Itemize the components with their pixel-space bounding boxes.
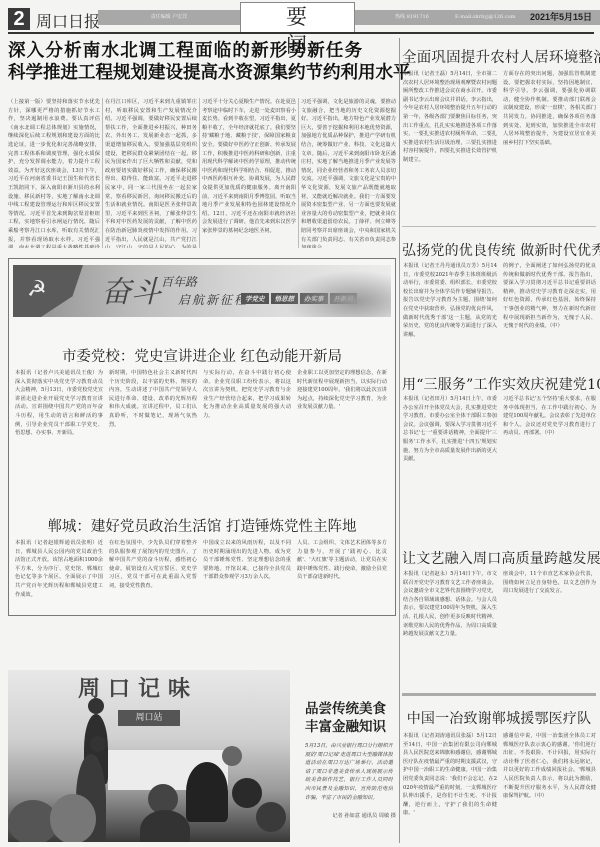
photo-person <box>90 736 106 752</box>
photo-byline: 记者 孙如意 通讯员 周敏 摄 <box>312 812 396 822</box>
email: E-mail:zkrbyj@126.com <box>455 10 515 25</box>
column-divider <box>298 98 299 248</box>
lead-column-1: （上接第一版）要坚持和落实节水优先方针，深哪更严格的措施抓好节水工作，坚决遏制用… <box>8 98 100 248</box>
banner-tag: 学党史 <box>241 293 269 304</box>
mountain-graphic <box>271 265 391 317</box>
photo-story-headline-line2: 丰富金融知识 <box>305 718 395 736</box>
lead-column-3: 习近平十分关心夏粮生产情况。在赴夏邑考察途中临时下车，走进一处麦田察看小麦长势。… <box>202 98 296 248</box>
side-article-3-col-1: 本报讯（记者田月）5月14日上午，市委办公室召开全体党员大会，扎实推进党史学习教… <box>403 395 497 531</box>
party-flag <box>13 265 83 317</box>
photo-audience <box>140 810 190 842</box>
side-article-5-col-1: 本报讯（记者刘涛通讯员张磊）5月12日至14日，中国一冶集团有限公司向郸城县人民… <box>403 732 497 844</box>
column-divider <box>199 98 200 248</box>
side-headline-4: 让文艺融入周口高质量跨越发展的春天 <box>402 548 596 568</box>
box-story-1-col-1: 本报讯（记者卢兴美通讯员王俊）为深入贯彻落实中央党史学习教育动员大会精神，5月1… <box>15 369 103 469</box>
divider <box>402 226 596 227</box>
photo-backdrop-sign: 周口站 <box>118 710 180 726</box>
photo-story-headline: 品尝传统美食 丰富金融知识 <box>305 700 395 736</box>
editor-info: 责任编辑 卢宏洋 <box>98 10 240 25</box>
side-article-4-col-2: 座谈会中，11个市直艺术家协会代表，围绕如何立足自身特色，以文艺创作为周口发展进… <box>503 570 596 685</box>
side-article-1-col-2: 方面存在的突出问题，加强监管机制建设。要把握农村实际，坚持因地制宜，科学引导。李… <box>503 70 596 220</box>
feature-box: ☭ 奋斗 百年路 启航新征程 学党史 悟思想 办实事 开新局 市委党校：党史宣讲… <box>8 258 396 616</box>
photo-audience <box>256 802 286 832</box>
box-story-2-col-4: 人员、工会组织、文体艺术团体等多方力量参与，开展了'践初心、比贡献'、'大红旗'… <box>297 539 387 611</box>
side-headline-1: 全面巩固提升农村人居环境整治成果 <box>402 46 596 67</box>
box-story-1-headline: 市委党校：党史宣讲进企业 红色动能开新局 <box>9 345 395 366</box>
banner-line2: 启航新征程 <box>178 291 248 308</box>
centennial-banner: ☭ 奋斗 百年路 启航新征程 学党史 悟思想 办实事 开新局 <box>13 265 391 317</box>
side-article-5-col-2: 感谢信中说，中国一冶集团全体员工对郸城医疗队表示衷心的感谢。'你们逆行出征、不畏… <box>503 732 596 844</box>
side-headline-5: 中国一冶致谢郸城援鄂医疗队 <box>402 708 596 728</box>
photo-audience <box>50 794 96 842</box>
box-story-1-col-4: 企业职工以更加坚定的理想信念，在新时代新征程中展现新担当，以实际行动迎接建党10… <box>297 369 387 469</box>
section-title: 要闻 <box>240 2 355 32</box>
side-headline-2: 弘扬党的优良传统 做新时代优秀干部 <box>402 240 596 260</box>
side-article-2-col-2: 的例子，全面阐述了如何弘扬党的优良传统和做新时代优秀干部。报告指出，要深入学习贯… <box>503 262 596 367</box>
box-story-2-headline: 郸城：建好党员政治生活馆 打造锤炼党性主阵地 <box>9 515 395 536</box>
hotline: 热线 8191716 <box>395 10 429 25</box>
issue-date: 2021年5月15日 <box>530 10 592 25</box>
hammer-sickle-icon: ☭ <box>27 277 47 302</box>
side-article-1-col-1: 本报讯（记者王磊）5月14日，全市第二次农村人居环境整治现场观摩暨农村问题厕所整… <box>403 70 497 220</box>
column-divider <box>102 98 103 248</box>
lead-column-2: 在丹江口库区，习近平来到九重镇邹庄村，听取移民安置和生产发展情况介绍。习近平强调… <box>105 98 197 248</box>
photo-audience <box>232 778 262 808</box>
box-story-1-col-2: 新时期，中国特色社会主义新时代四个历史阶段，以丰富的史料、翔实的内容，生动讲述了… <box>109 369 197 469</box>
box-story-1-col-3: 与实际行动，在奋斗中践行初心使命。企业党员职工纷纷表示，将以这次宣讲为契机，把党… <box>203 369 291 469</box>
photo-person <box>88 698 104 714</box>
photo-person <box>222 746 242 766</box>
photo-person <box>186 762 228 822</box>
masthead: 2 周口日报 责任编辑 卢宏洋 要闻 热线 8191716 E-mail:zkr… <box>0 0 600 34</box>
banner-calligraphy: 奋斗 <box>101 267 161 311</box>
photo-story-headline-line1: 品尝传统美食 <box>305 700 395 718</box>
photo-story-caption: 5月13日，由兴业银行周口分行组织开展的'周口记味'走进周口大型融媒体报道活动在… <box>305 742 393 810</box>
lead-column-4: 习近平强调，文化是旅游的灵魂，要推动文旅融合，把当地的历史文化资源挖掘好。习近平… <box>301 98 396 248</box>
lead-headline-line2: 科学推进工程规划建设提高水资源集约节约利用水平 <box>8 62 398 84</box>
divider <box>402 693 596 696</box>
lead-headline: 深入分析南水北调工程面临的新形势新任务 科学推进工程规划建设提高水资源集约节约利… <box>8 40 398 84</box>
side-article-2-col-1: 本报讯（记者王丹丹通讯员万芳）5月14日，市委党校2021年春季主体班班级活动举… <box>403 262 497 367</box>
box-story-2-col-3: 中国成立以来的风雨历程，以及不同历史时期涌现出的先进人物。成为党员干部锤炼党性、… <box>203 539 291 611</box>
paper-logo: 周口日报 <box>36 9 100 32</box>
box-story-2-col-1: 本报讯（记者赵银辉通讯员张明）近日，郸城县人民公园内的党员政治生活馆正式开放。该… <box>15 539 103 611</box>
masthead-rule <box>8 32 594 34</box>
side-article-4-col-1: 本报讯（记者赵永）5月14日下午，市文联召开党史学习教育文艺工作者座谈会。会议邀… <box>403 570 497 685</box>
masthead-info-bar: 热线 8191716 E-mail:zkrbyj@126.com 2021年5月… <box>355 10 600 25</box>
lead-headline-line1: 深入分析南水北调工程面临的新形势新任务 <box>8 40 398 62</box>
side-article-3-col-2: 习近平总书记'五个坚持'重大要求，在服务中体现担当，在工作中践行初心，为建党10… <box>503 395 596 531</box>
box-story-2-col-2: 在红色氛围中，少先队员们穿着整齐的队服参观了展馆内的党史图片，了解中国共产党的奋… <box>109 539 197 611</box>
page-column-divider <box>399 38 400 843</box>
page-number: 2 <box>8 8 30 30</box>
side-headline-3: 用“三服务”工作实效庆祝建党100周年 <box>402 374 596 394</box>
banner-line1: 百年路 <box>161 273 197 290</box>
news-photo: 周口记味 周口站 <box>8 670 290 842</box>
